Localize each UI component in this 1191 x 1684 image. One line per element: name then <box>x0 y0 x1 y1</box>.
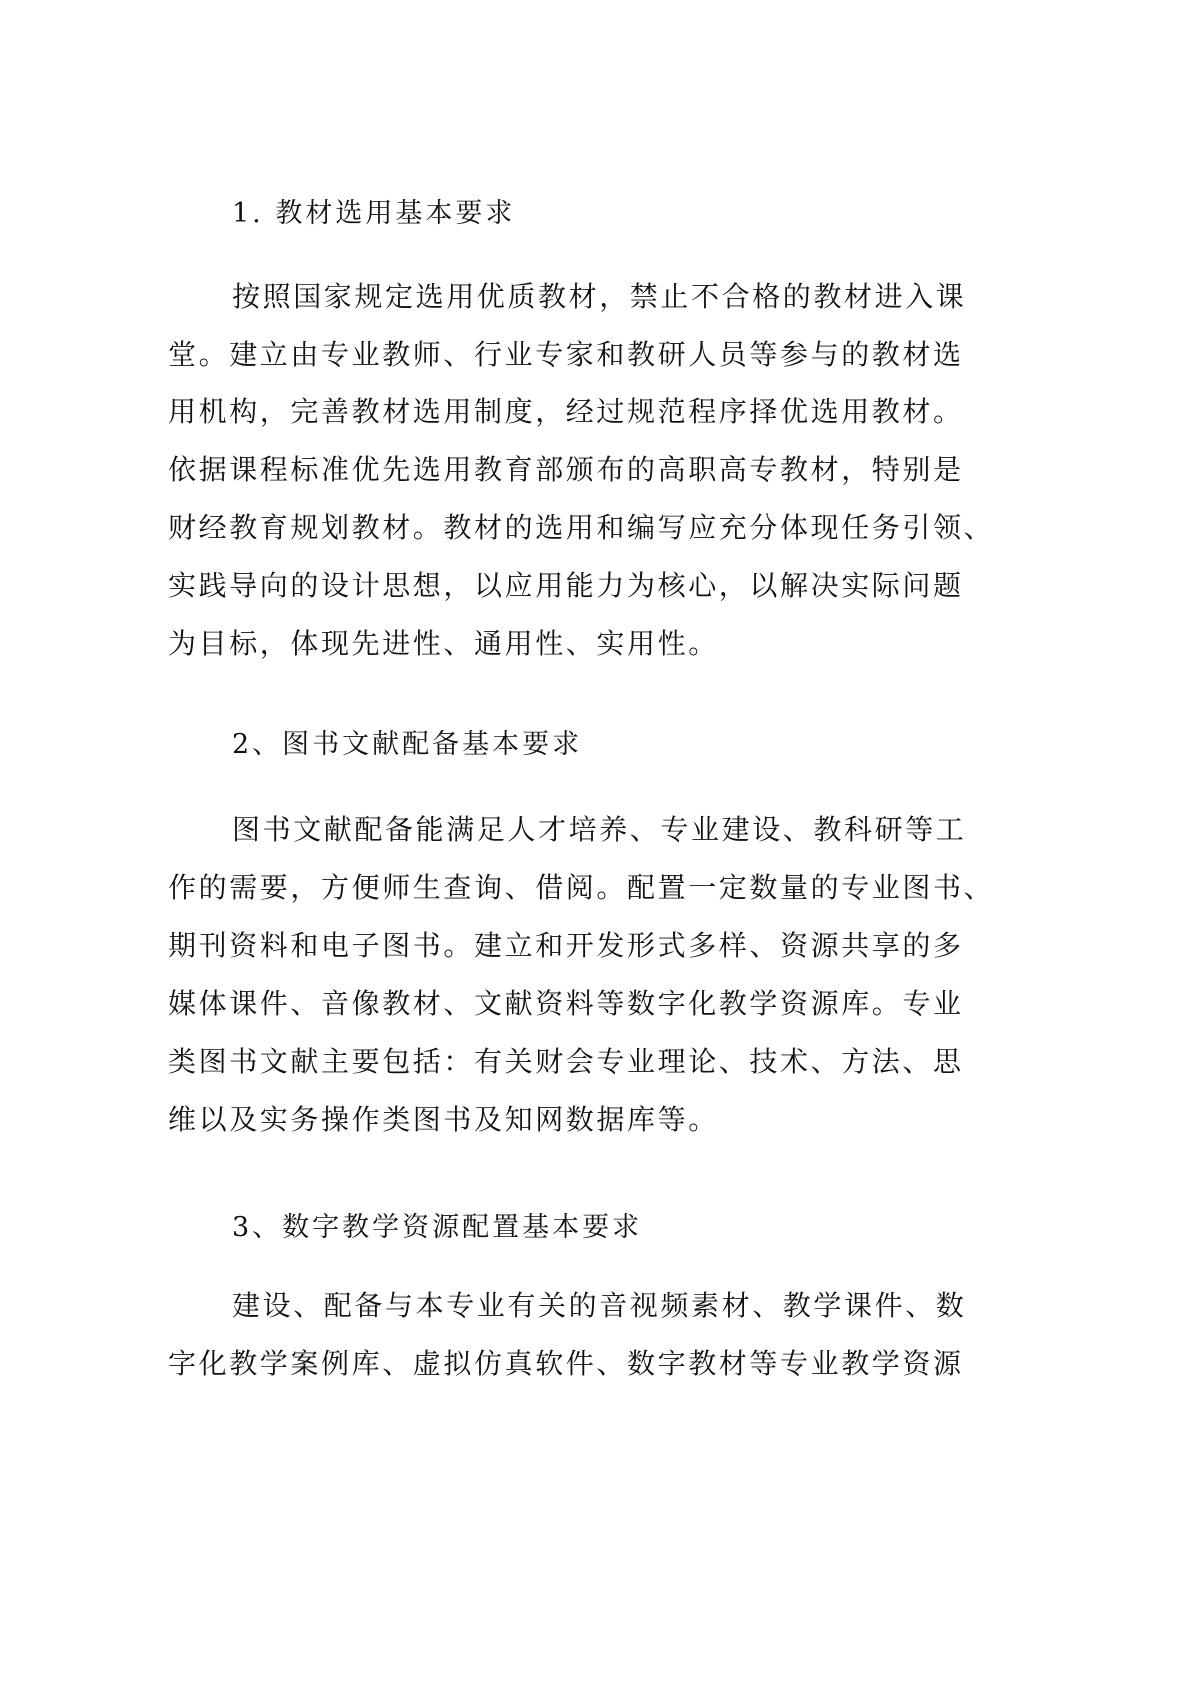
paragraph-line: 用机构，完善教材选用制度，经过规范程序择优选用教材。 <box>168 394 964 430</box>
paragraph-line: 维以及实务操作类图书及知网数据库等。 <box>168 1102 719 1138</box>
paragraph-line: 图书文献配备能满足人才培养、专业建设、教科研等工 <box>232 812 966 848</box>
paragraph-line: 按照国家规定选用优质教材，禁止不合格的教材进入课 <box>232 279 966 315</box>
paragraph-line: 依据课程标准优先选用教育部颁布的高职高专教材，特别是 <box>168 452 964 488</box>
paragraph-line: 类图书文献主要包括：有关财会专业理论、技术、方法、思 <box>168 1044 964 1080</box>
paragraph-line: 字化教学案例库、虚拟仿真软件、数字教材等专业教学资源 <box>168 1346 964 1382</box>
section-heading: 3、数字教学资源配置基本要求 <box>232 1210 642 1246</box>
paragraph-line: 作的需要，方便师生查询、借阅。配置一定数量的专业图书、 <box>168 870 994 906</box>
paragraph-line: 实践导向的设计思想，以应用能力为核心，以解决实际问题 <box>168 568 964 604</box>
paragraph-line: 财经教育规划教材。教材的选用和编写应充分体现任务引领、 <box>168 510 994 546</box>
paragraph-line: 堂。建立由专业教师、行业专家和教研人员等参与的教材选 <box>168 337 964 373</box>
paragraph-line: 建设、配备与本专业有关的音视频素材、教学课件、数 <box>232 1288 966 1324</box>
paragraph-line: 媒体课件、音像教材、文献资料等数字化教学资源库。专业 <box>168 986 964 1022</box>
section-heading: 2、图书文献配备基本要求 <box>232 727 582 763</box>
document-page: 1. 教材选用基本要求 按照国家规定选用优质教材，禁止不合格的教材进入课 堂。建… <box>0 0 1191 1684</box>
paragraph-line: 期刊资料和电子图书。建立和开发形式多样、资源共享的多 <box>168 928 964 964</box>
section-heading: 1. 教材选用基本要求 <box>232 196 515 232</box>
paragraph-line: 为目标，体现先进性、通用性、实用性。 <box>168 626 719 662</box>
